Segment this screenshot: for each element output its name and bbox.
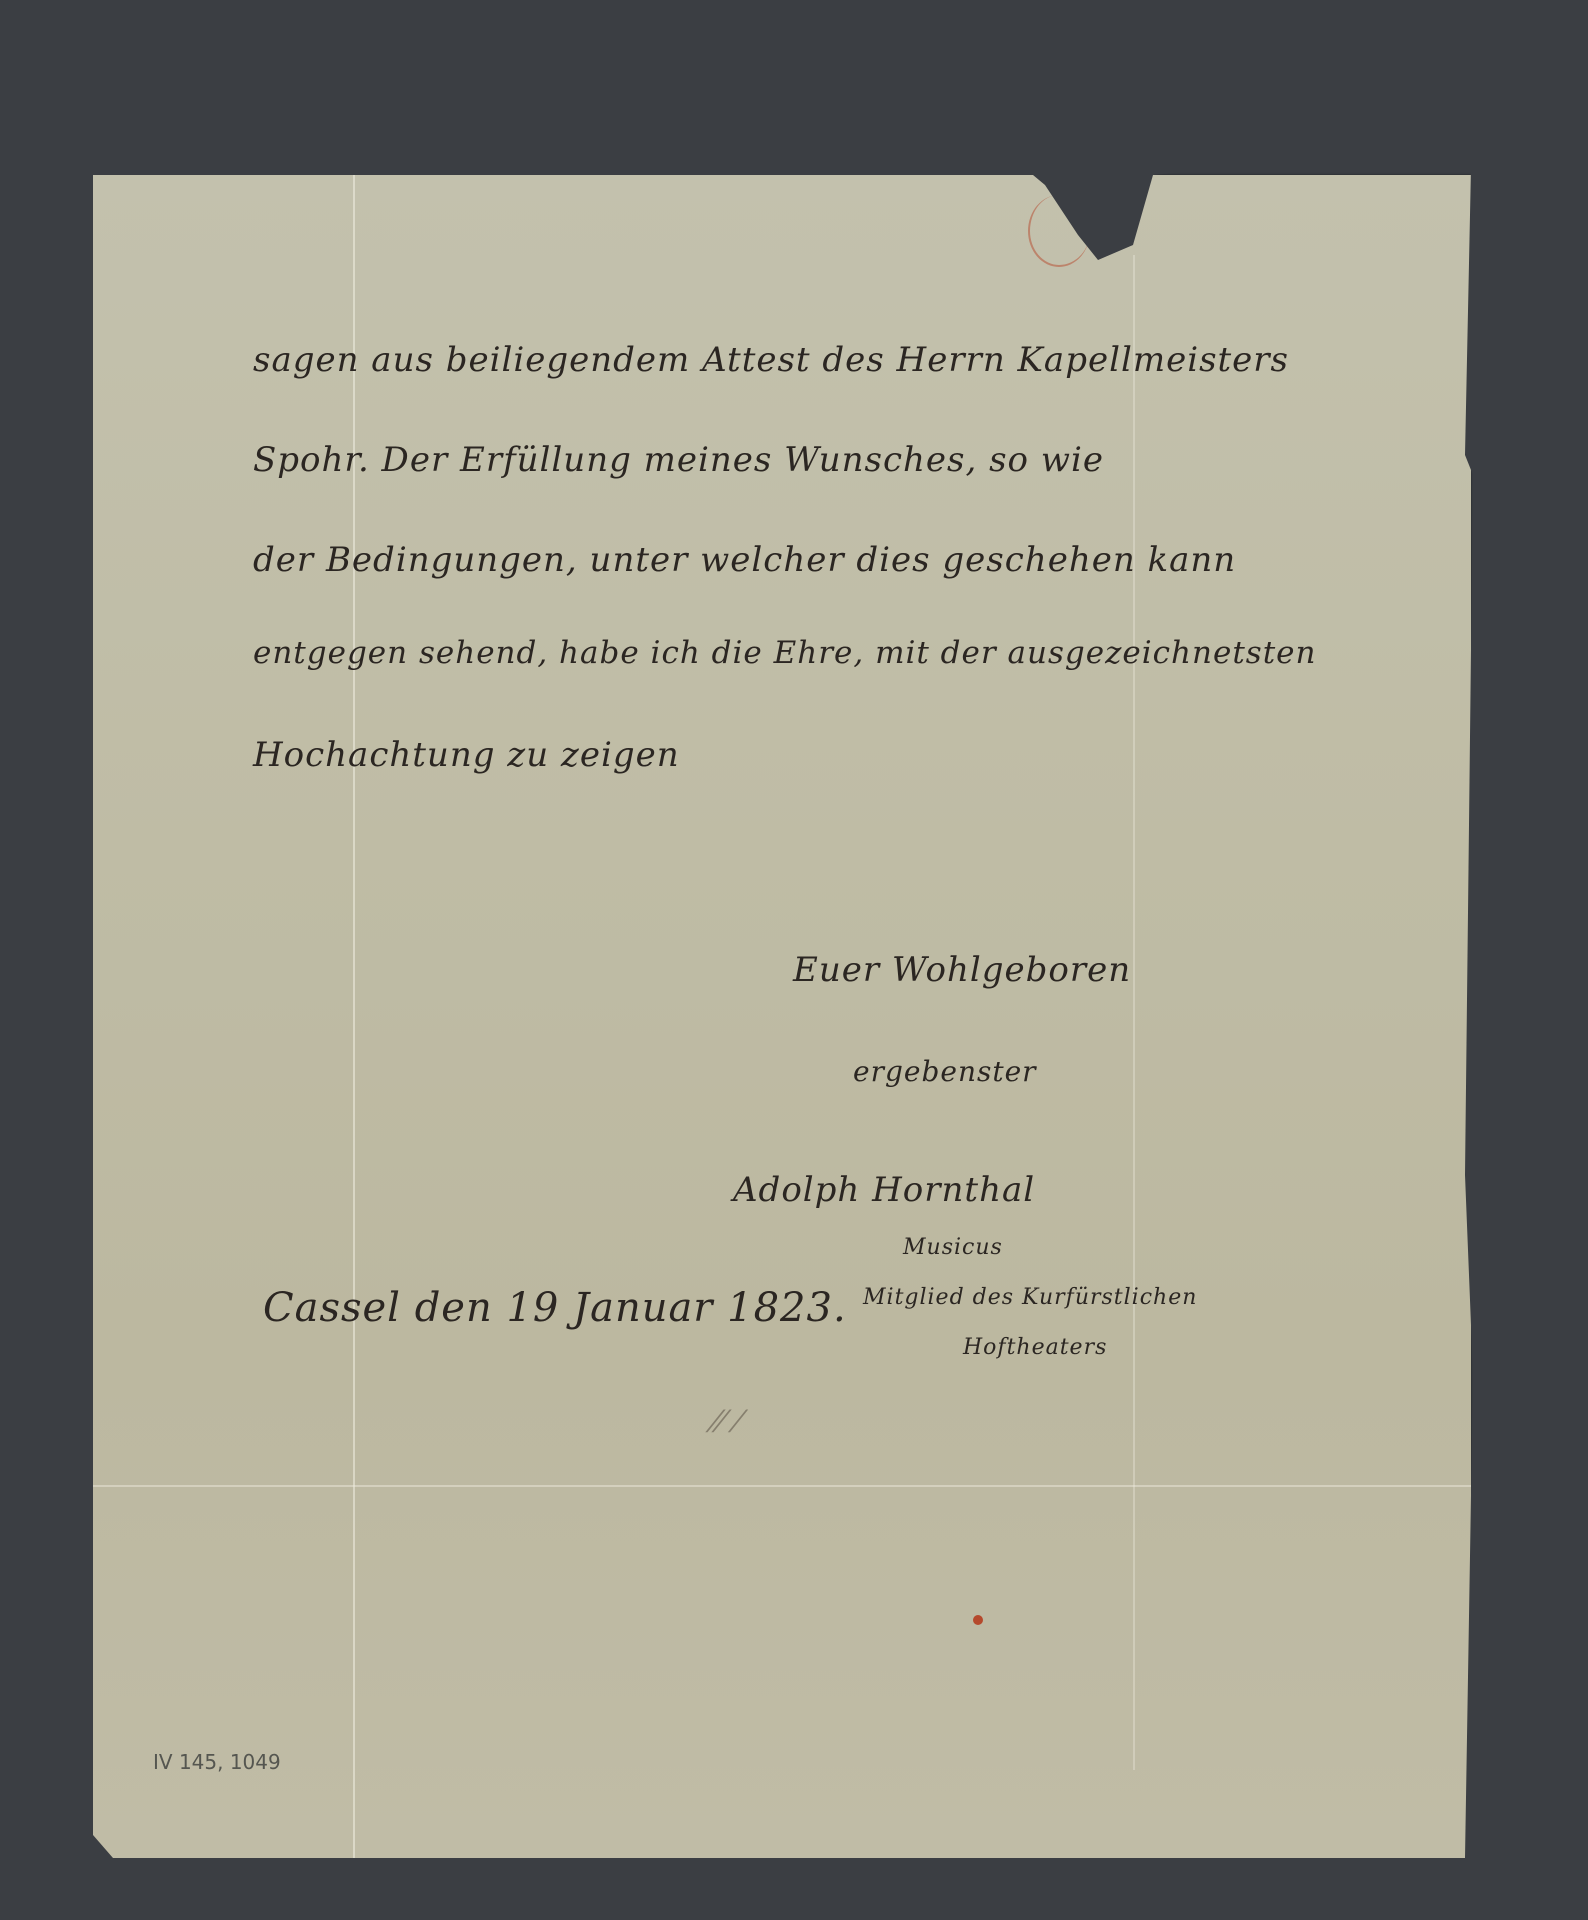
archive-reference: IV 145, 1049: [153, 1750, 281, 1774]
fold-crease-horizontal: [93, 1485, 1471, 1487]
fold-crease-vertical: [353, 175, 355, 1858]
letter-paper: sagen aus beiliegendem Attest des Herrn …: [93, 175, 1471, 1858]
body-line-4: entgegen sehend, habe ich die Ehre, mit …: [253, 635, 1316, 671]
ink-strike-marks: ⁄⁄ ⁄: [713, 1405, 742, 1440]
body-line-1: sagen aus beiliegendem Attest des Herrn …: [253, 340, 1289, 380]
body-line-2: Spohr. Der Erfüllung meines Wunsches, so…: [253, 440, 1104, 480]
body-line-3: der Bedingungen, unter welcher dies gesc…: [253, 540, 1236, 580]
closing-salutation: Euer Wohlgeboren: [793, 950, 1131, 990]
place-date: Cassel den 19 Januar 1823.: [263, 1285, 847, 1331]
red-wax-spot: [973, 1615, 983, 1625]
body-line-5: Hochachtung zu zeigen: [253, 735, 680, 775]
signature-title: Musicus: [903, 1235, 1003, 1260]
closing-valediction: ergebenster: [853, 1055, 1037, 1088]
fold-crease-vertical-right: [1133, 255, 1135, 1770]
signature-name: Adolph Hornthal: [733, 1170, 1035, 1210]
red-wax-trace: [1028, 195, 1090, 267]
signature-affiliation-1: Mitglied des Kurfürstlichen: [863, 1285, 1197, 1310]
signature-affiliation-2: Hoftheaters: [963, 1335, 1107, 1360]
